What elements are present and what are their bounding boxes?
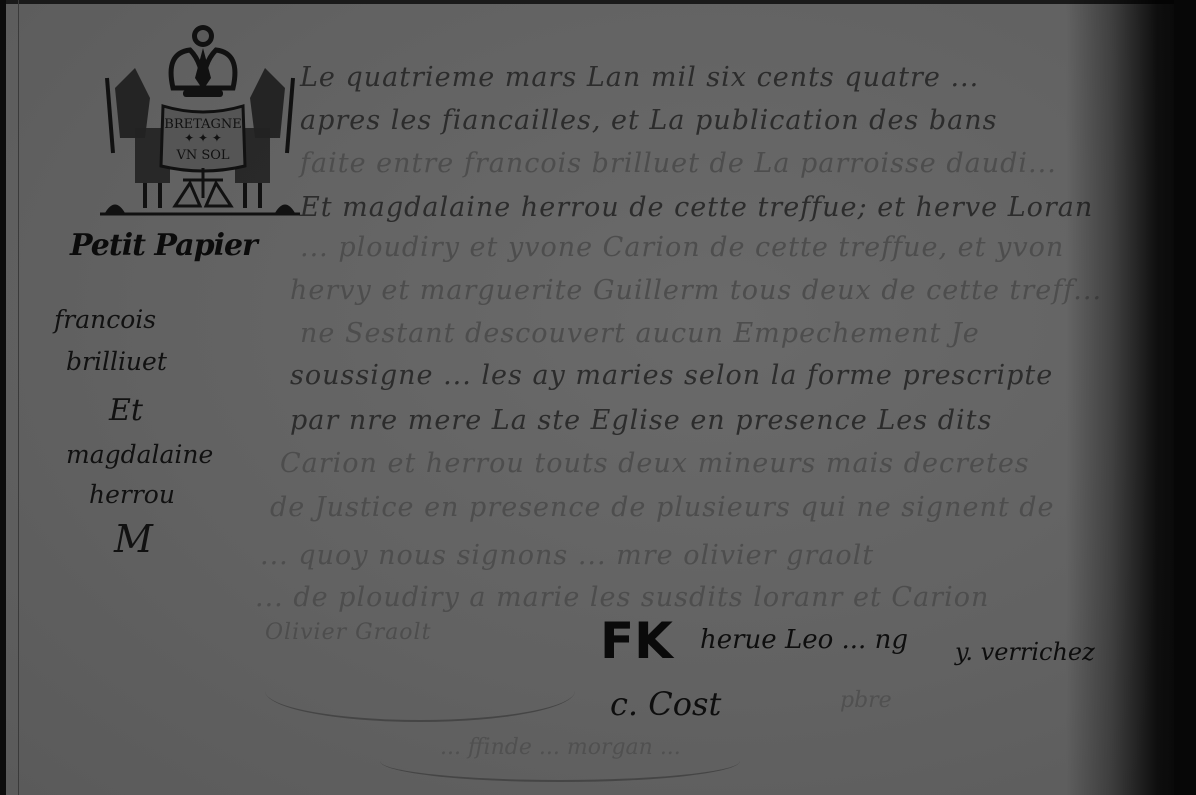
margin-line: Et (109, 393, 143, 428)
body-line: Olivier Graolt (265, 620, 431, 645)
signature-herve-leo: herue Leo ... ng (700, 625, 908, 655)
signature-cost: c. Cost (610, 685, 721, 723)
margin-line: francois (54, 305, 156, 334)
body-line: ... de ploudiry a marie les susdits lora… (255, 582, 989, 613)
page-top-edge (0, 0, 1196, 4)
margin-line: M (114, 517, 153, 561)
body-line: de Justice en presence de plusieurs qui … (270, 492, 1055, 523)
body-line: Carion et herrou touts deux mineurs mais… (280, 448, 1030, 479)
margin-line: brilliuet (66, 347, 167, 376)
body-line: soussigne ... les ay maries selon la for… (290, 360, 1053, 391)
signature-pbre: pbre (840, 688, 892, 713)
document-scan: BRETAGNE ✦ ✦ ✦ VN SOL Petit Papier franc… (0, 0, 1196, 795)
body-line: hervy et marguerite Guillerm tous deux d… (290, 275, 1102, 306)
margin-line: herrou (89, 480, 175, 509)
body-line: ... ploudiry et yvone Carion de cette tr… (300, 232, 1064, 263)
svg-text:BRETAGNE: BRETAGNE (164, 117, 241, 132)
svg-text:✦ ✦ ✦: ✦ ✦ ✦ (184, 131, 222, 145)
body-line: par nre mere La ste Eglise en presence L… (290, 405, 992, 436)
coat-of-arms-icon: BRETAGNE ✦ ✦ ✦ VN SOL (95, 18, 305, 218)
body-line: Et magdalaine herrou de cette treffue; e… (300, 192, 1093, 223)
signature-mark-fk: FK (600, 612, 673, 670)
body-line: apres les fiancailles, et La publication… (300, 105, 998, 136)
margin-line: magdalaine (66, 440, 213, 469)
body-line: ne Sestant descouvert aucun Empechement … (300, 318, 980, 349)
faint-flourish (265, 660, 575, 722)
faint-flourish (380, 740, 740, 782)
margin-rule-line (18, 0, 19, 795)
bretagne-tax-stamp: BRETAGNE ✦ ✦ ✦ VN SOL (95, 18, 305, 218)
petit-papier-stamp-title: Petit Papier (70, 228, 257, 263)
page-left-edge (0, 0, 6, 795)
page-right-edge (1174, 0, 1196, 795)
body-line: Le quatrieme mars Lan mil six cents quat… (300, 62, 979, 93)
svg-text:VN SOL: VN SOL (175, 148, 229, 163)
body-line: faite entre francois brilluet de La parr… (300, 148, 1057, 179)
body-line: ... quoy nous signons ... mre olivier gr… (260, 540, 874, 571)
